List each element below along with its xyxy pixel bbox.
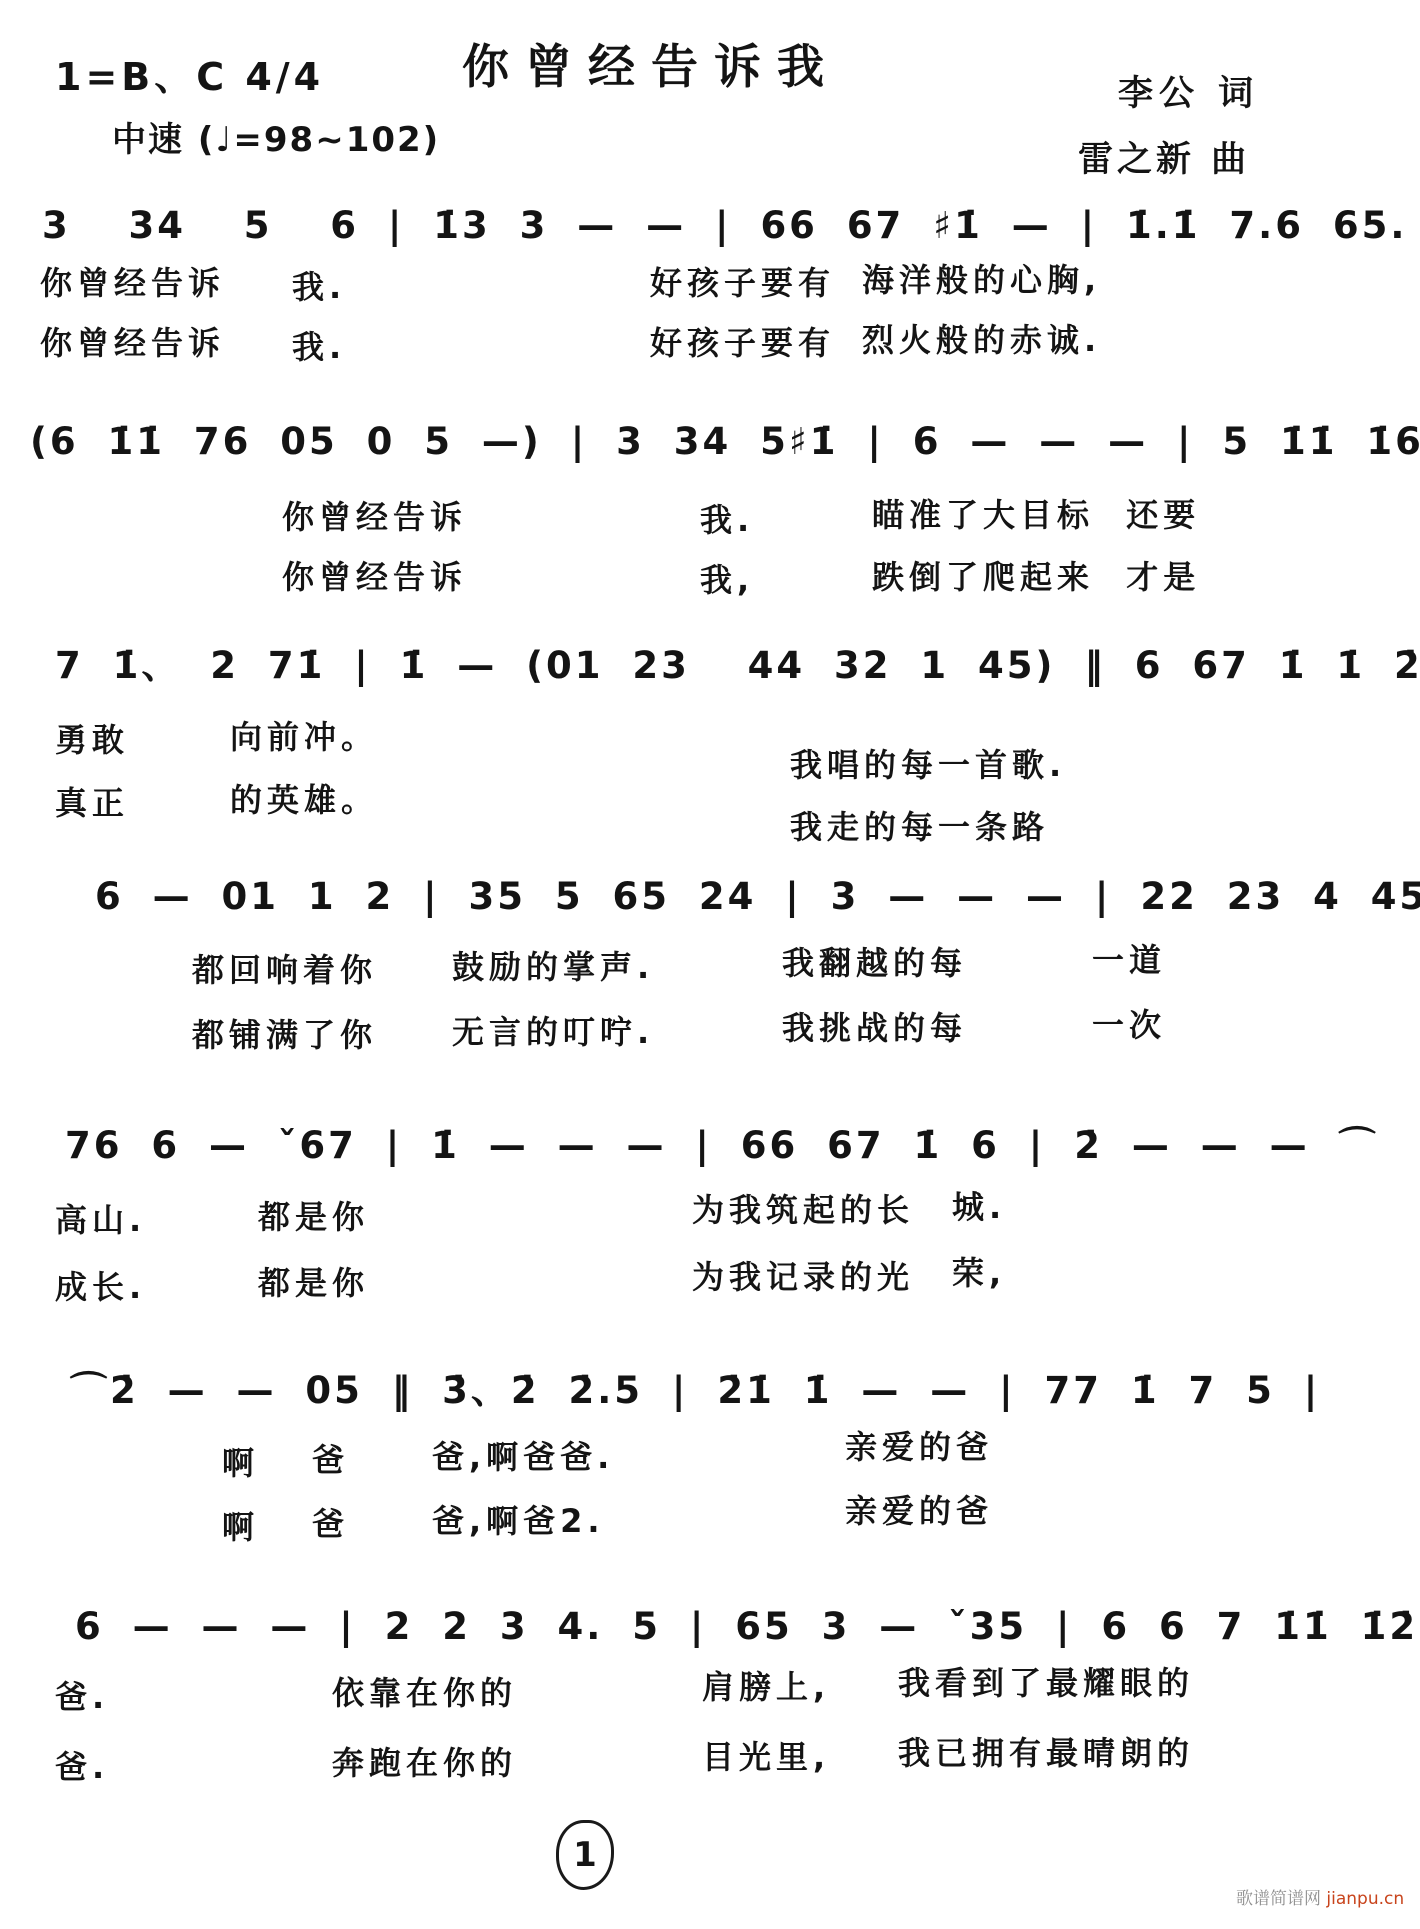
watermark-site: 歌谱简谱网 — [1236, 1889, 1326, 1909]
lyric-segment: 爸,啊爸2. — [432, 1496, 605, 1542]
lyric-segment: 高山. — [55, 1195, 146, 1241]
system-4-notes: 6 — 01 1 2 | 35 5 65 24 | 3 — — — | 22 2… — [95, 875, 1420, 918]
lyric-segment: 爸,啊爸爸. — [432, 1432, 614, 1478]
lyric-segment: 爸 — [312, 1435, 349, 1481]
lyric-segment: 城. — [952, 1182, 1006, 1228]
lyric-segment: 奔跑在你的 — [332, 1738, 517, 1784]
lyric-segment: 你曾经告诉 — [40, 258, 225, 304]
lyric-segment: 啊 — [222, 1502, 259, 1548]
lyric-segment: 目光里, — [702, 1732, 830, 1778]
system-5-notes: 76 6 — ˇ67 | 1̇ — — — | 66 67 1̇ 6 | 2̇ … — [65, 1115, 1378, 1169]
lyric-segment: 瞄准了大目标 还要 — [872, 490, 1200, 536]
lyric-segment: 爸. — [55, 1672, 109, 1718]
lyric-segment: 勇敢 — [55, 715, 129, 761]
lyric-segment: 我已拥有最晴朗的 — [898, 1728, 1194, 1774]
system-3-notes: 7 1̇、 2 71̇ | 1̇ — (01 23 44 32 1 45) ‖ … — [55, 635, 1420, 689]
lyric-segment: 一次 — [1092, 1000, 1166, 1046]
lyric-segment: 爸. — [55, 1742, 109, 1788]
watermark-url: jianpu.cn — [1326, 1889, 1404, 1909]
lyric-segment: 荣, — [952, 1248, 1006, 1294]
page-number: 1 — [556, 1820, 614, 1890]
lyric-segment: 都回响着你 — [192, 945, 377, 991]
lyric-segment: 爸 — [312, 1499, 349, 1545]
lyric-segment: 啊 — [222, 1438, 259, 1484]
lyric-segment: 都是你 — [258, 1192, 369, 1238]
system-1-notes: 3 34 5 6 | 1̇3 3 — — | 66 67 ♯1̇ — | 1̇.… — [42, 195, 1420, 249]
lyric-segment: 我挑战的每 — [782, 1003, 967, 1049]
lyric-segment: 亲爱的爸 — [845, 1486, 993, 1532]
watermark: 歌谱简谱网 jianpu.cn — [1236, 1884, 1404, 1909]
lyric-segment: 鼓励的掌声. — [452, 942, 654, 988]
lyric-segment: 你曾经告诉 — [282, 552, 467, 598]
lyric-segment: 成长. — [55, 1262, 146, 1308]
lyric-segment: 我. — [292, 322, 346, 368]
lyric-segment: 我, — [700, 555, 754, 601]
lyric-segment: 你曾经告诉 — [40, 318, 225, 364]
lyric-segment: 烈火般的赤诚. — [862, 315, 1101, 361]
lyric-segment: 好孩子要有 — [650, 318, 835, 364]
composer-credit: 雷之新 曲 — [1078, 132, 1250, 182]
lyric-segment: 亲爱的爸 — [845, 1422, 993, 1468]
lyric-segment: 好孩子要有 — [650, 258, 835, 304]
lyric-segment: 我走的每一条路 — [790, 802, 1049, 848]
system-7-notes: 6 — — — | 2 2 3 4. 5 | 65 3 — ˇ35 | 6 6 … — [75, 1605, 1420, 1648]
lyric-segment: 向前冲。 — [230, 712, 378, 758]
lyric-segment: 我. — [292, 262, 346, 308]
lyric-segment: 你曾经告诉 — [282, 492, 467, 538]
song-title: 你曾经告诉我 — [462, 30, 840, 97]
lyric-segment: 海洋般的心胸, — [862, 255, 1101, 301]
lyric-segment: 肩膀上, — [702, 1662, 830, 1708]
score-sheet: 1=B、C 4/4 中速 (♩=98~102) 你曾经告诉我 李公 词 雷之新 … — [0, 0, 1420, 1929]
lyricist-credit: 李公 词 — [1118, 66, 1259, 116]
lyric-segment: 一道 — [1092, 935, 1166, 981]
key-signature: 1=B、C 4/4 — [55, 46, 324, 101]
lyric-segment: 都是你 — [258, 1258, 369, 1304]
lyric-segment: 为我记录的光 — [692, 1252, 914, 1298]
lyric-segment: 我. — [700, 495, 754, 541]
lyric-segment: 无言的叮咛. — [452, 1007, 654, 1053]
lyric-segment: 我看到了最耀眼的 — [898, 1658, 1194, 1704]
lyric-segment: 为我筑起的长 — [692, 1185, 914, 1231]
lyric-segment: 我翻越的每 — [782, 938, 967, 984]
tempo-marking: 中速 (♩=98~102) — [112, 112, 440, 161]
lyric-segment: 跌倒了爬起来 才是 — [872, 552, 1200, 598]
system-6-notes: ⌒2̇ — — 05 ‖ 3̇、2̇ 2̇.5 | 2̇1̇ 1̇ — — | … — [70, 1360, 1320, 1414]
lyric-segment: 我唱的每一首歌. — [790, 740, 1066, 786]
lyric-segment: 的英雄。 — [230, 775, 378, 821]
lyric-segment: 真正 — [55, 778, 129, 824]
lyric-segment: 都铺满了你 — [192, 1010, 377, 1056]
lyric-segment: 依靠在你的 — [332, 1668, 517, 1714]
system-2-notes: (6 1̇1̇ 76 05 0 5 —) | 3 34 5♯1̇ | 6 — —… — [30, 420, 1420, 463]
